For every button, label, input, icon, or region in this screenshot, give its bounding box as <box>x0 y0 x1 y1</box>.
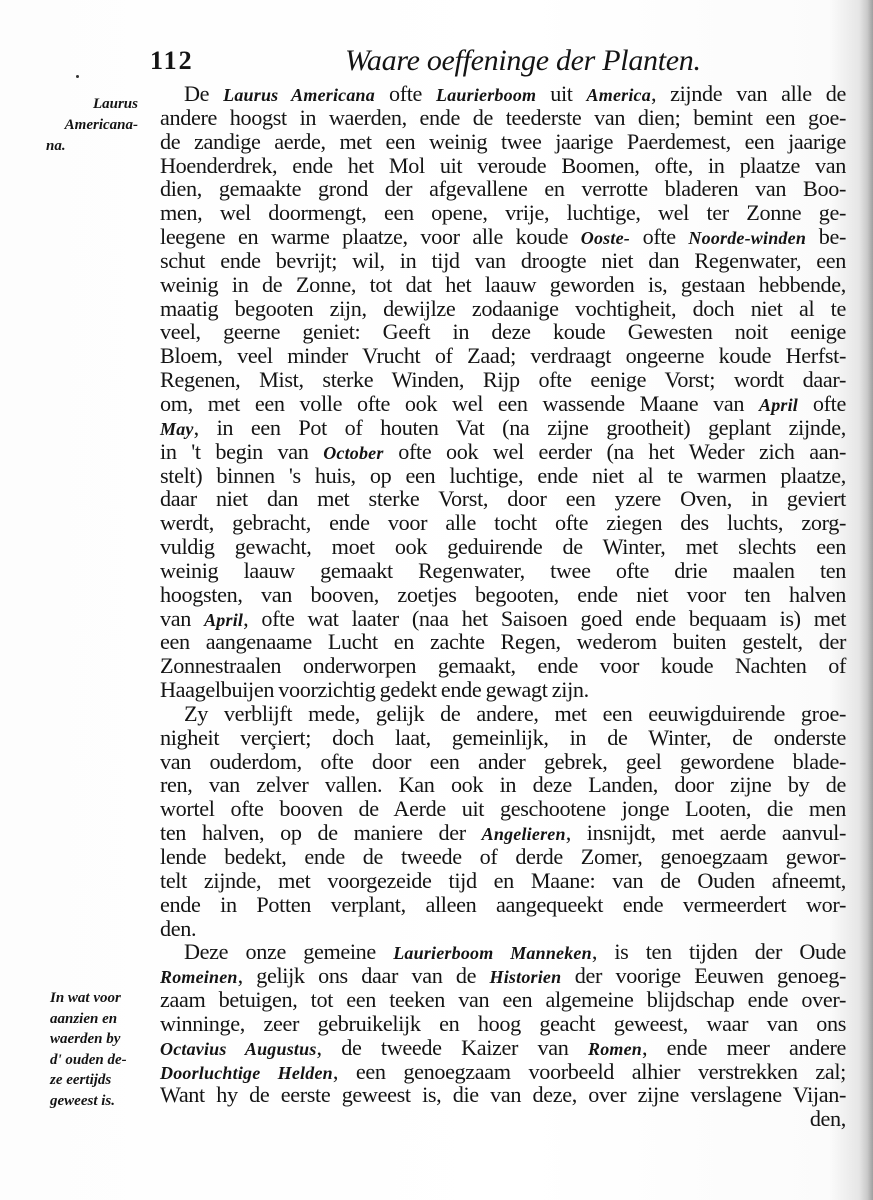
text-run: vuldig gewacht, moet ook geduirende de W… <box>160 534 846 559</box>
italic-term: America <box>587 85 651 105</box>
text-line: ten halven, op de maniere der Angelieren… <box>160 821 846 845</box>
text-run: Want hy de eerste geweest is, die van de… <box>160 1082 846 1107</box>
text-run: leegene en warme plaatze, voor alle koud… <box>160 224 581 249</box>
text-line: Romeinen, gelijk ons daar van de Histori… <box>160 964 846 988</box>
text-line: maatig begooten zijn, dewijlze zodaanige… <box>160 297 846 321</box>
text-line: Octavius Augustus, de tweede Kaizer van … <box>160 1036 846 1060</box>
text-run: zaam betuigen, tot een teeken van een al… <box>160 987 846 1012</box>
text-run: , ofte wat laater (naa het Saisoen goed … <box>243 606 846 631</box>
text-run: men, wel doormengt, een opene, vrije, lu… <box>160 200 846 225</box>
text-run: , zijnde van alle de <box>651 81 846 106</box>
text-line: andere hoogst in waerden, ende de teeder… <box>160 106 846 130</box>
text-run: Bloem, veel minder Vrucht of Zaad; verdr… <box>160 343 846 368</box>
margin-note-line: geweest is. <box>50 1091 150 1112</box>
text-run: nigheit verçiert; doch laat, gemeinlijk,… <box>160 725 846 750</box>
text-run: schut ende bevrijt; wil, in tijd van dro… <box>160 248 846 273</box>
text-line: de zandige aerde, met een weinig twee ja… <box>160 130 846 154</box>
text-line: stelt) binnen 's huis, op een luchtige, … <box>160 464 846 488</box>
italic-term: Laurierboom <box>436 85 536 105</box>
text-line: De Laurus Americana ofte Laurierboom uit… <box>160 82 846 106</box>
text-line: ende in Potten verplant, alleen aangeque… <box>160 893 846 917</box>
italic-term: May <box>160 419 194 439</box>
text-run: den. <box>160 916 196 941</box>
text-line: zaam betuigen, tot een teeken van een al… <box>160 988 846 1012</box>
text-run: , gelijk ons daar van de <box>238 963 490 988</box>
text-line: werdt, gebracht, ende voor alle tocht of… <box>160 511 846 535</box>
italic-term: Romeinen <box>160 967 238 987</box>
italic-term: Laurierboom Manneken <box>393 943 592 963</box>
text-line: Bloem, veel minder Vrucht of Zaad; verdr… <box>160 344 846 368</box>
text-run: be- <box>806 224 846 249</box>
text-run: veel, geerne geniet: Geeft in deze koude… <box>160 319 846 344</box>
page-edge-shadow <box>859 0 873 1200</box>
text-line: schut ende bevrijt; wil, in tijd van dro… <box>160 249 846 273</box>
text-line: Regenen, Mist, sterke Winden, Rijp ofte … <box>160 368 846 392</box>
text-run: om, met een volle ofte ook wel een wasse… <box>160 391 759 416</box>
text-line: weinig in de Zonne, tot dat het laauw ge… <box>160 273 846 297</box>
text-line: in 't begin van October ofte ook wel eer… <box>160 440 846 464</box>
text-line: Zonnestraalen onderworpen gemaakt, ende … <box>160 654 846 678</box>
text-run: der voorige Eeuwen genoeg- <box>561 963 846 988</box>
italic-term: April <box>204 610 243 630</box>
text-run: in 't begin van <box>160 439 323 464</box>
text-line: May, in een Pot of houten Vat (na zijne … <box>160 416 846 440</box>
text-line: den, <box>160 1107 846 1131</box>
text-run: , in een Pot of houten Vat (na zijne gro… <box>194 415 846 440</box>
text-line: wortel ofte booven de Aerde uit geschoot… <box>160 797 846 821</box>
text-line: telt zijnde, met voorgezeide tijd en Maa… <box>160 869 846 893</box>
text-run: lende bedekt, ende de tweede of derde Zo… <box>160 844 846 869</box>
text-run: van <box>160 606 204 631</box>
italic-term: Laurus Americana <box>223 85 375 105</box>
text-line: daar niet dan met sterke Vorst, door een… <box>160 487 846 511</box>
italic-term: October <box>323 443 383 463</box>
text-run: , een genoegzaam voorbeeld alhier verstr… <box>333 1059 846 1084</box>
margin-note-line: d' ouden de- <box>50 1050 150 1071</box>
text-run: maatig begooten zijn, dewijlze zodaanige… <box>160 296 846 321</box>
text-run: dien, gemaakte grond der afgevallene en … <box>160 176 846 201</box>
running-title: Waare oeffeninge der Planten. <box>345 44 701 78</box>
body-text: De Laurus Americana ofte Laurierboom uit… <box>160 82 846 1131</box>
text-line: men, wel doormengt, een opene, vrije, lu… <box>160 201 846 225</box>
italic-term: Ooste- <box>581 228 630 248</box>
text-line: Deze onze gemeine Laurierboom Manneken, … <box>160 940 846 964</box>
text-run: Deze onze gemeine <box>184 939 393 964</box>
text-run: , insnijdt, met aerde aanvul- <box>566 820 846 845</box>
text-run: andere hoogst in waerden, ende de teeder… <box>160 105 846 130</box>
page-number: 112 <box>150 46 194 76</box>
text-line: dien, gemaakte grond der afgevallene en … <box>160 177 846 201</box>
text-run: Regenen, Mist, sterke Winden, Rijp ofte … <box>160 367 846 392</box>
text-run: ofte <box>798 391 846 416</box>
text-run: De <box>184 81 223 106</box>
book-page: 112 Waare oeffeninge der Planten. Laurus… <box>0 0 873 1200</box>
text-line: veel, geerne geniet: Geeft in deze koude… <box>160 320 846 344</box>
margin-note-line: Laurus <box>46 94 138 115</box>
text-line: ren, van zelver vallen. Kan ook in deze … <box>160 773 846 797</box>
text-run: , ende meer andere <box>642 1035 846 1060</box>
italic-term: Doorluchtige Helden <box>160 1063 333 1083</box>
text-line: hoogsten, van booven, zoetjes begooten, … <box>160 583 846 607</box>
text-run: ofte <box>375 81 436 106</box>
text-line: den. <box>160 917 846 941</box>
text-run: den, <box>810 1106 846 1131</box>
italic-term: Noorde-winden <box>688 228 806 248</box>
text-line: winninge, zeer gebruikelijk en hoog geac… <box>160 1012 846 1036</box>
text-run: Zy verblijft mede, gelijk de andere, met… <box>184 701 846 726</box>
margin-note-laurus-americana: Laurus Americana- na. <box>46 94 138 157</box>
margin-note-line: waerden by <box>50 1029 150 1050</box>
text-line: een aangenaame Lucht en zachte Regen, we… <box>160 630 846 654</box>
text-run: , de tweede Kaizer van <box>317 1035 588 1060</box>
text-run: ren, van zelver vallen. Kan ook in deze … <box>160 772 846 797</box>
text-run: stelt) binnen 's huis, op een luchtige, … <box>160 463 846 488</box>
text-run: weinig laauw gemaakt Regenwater, twee of… <box>160 558 846 583</box>
text-line: Zy verblijft mede, gelijk de andere, met… <box>160 702 846 726</box>
italic-term: Angelieren <box>482 824 566 844</box>
text-line: om, met een volle ofte ook wel een wasse… <box>160 392 846 416</box>
text-line: Hoenderdrek, ende het Mol uit veroude Bo… <box>160 154 846 178</box>
text-line: weinig laauw gemaakt Regenwater, twee of… <box>160 559 846 583</box>
italic-term: Romen <box>588 1039 642 1059</box>
margin-note-line: Americana- <box>46 115 138 136</box>
margin-note-line: aanzien en <box>50 1009 150 1030</box>
page-header: 112 Waare oeffeninge der Planten. <box>150 44 850 84</box>
text-line: Haagelbuijen voorzichtig gedekt ende gew… <box>160 678 846 702</box>
text-run: een aangenaame Lucht en zachte Regen, we… <box>160 629 846 654</box>
text-line: nigheit verçiert; doch laat, gemeinlijk,… <box>160 726 846 750</box>
margin-note-line: na. <box>46 136 138 157</box>
text-line: Doorluchtige Helden, een genoegzaam voor… <box>160 1060 846 1084</box>
text-run: winninge, zeer gebruikelijk en hoog geac… <box>160 1011 846 1036</box>
italic-term: Octavius Augustus <box>160 1039 317 1059</box>
text-run: van ouderdom, ofte door een ander gebrek… <box>160 749 846 774</box>
text-run: de zandige aerde, met een weinig twee ja… <box>160 129 846 154</box>
text-line: lende bedekt, ende de tweede of derde Zo… <box>160 845 846 869</box>
text-line: Want hy de eerste geweest is, die van de… <box>160 1083 846 1107</box>
margin-note-in-wat-voor-aanzien: In wat voor aanzien en waerden by d' oud… <box>50 988 150 1111</box>
text-run: wortel ofte booven de Aerde uit geschoot… <box>160 796 846 821</box>
text-run: telt zijnde, met voorgezeide tijd en Maa… <box>160 868 846 893</box>
ink-speck <box>76 75 79 78</box>
italic-term: April <box>759 395 798 415</box>
italic-term: Historien <box>490 967 562 987</box>
margin-note-line: In wat voor <box>50 988 150 1009</box>
text-run: Hoenderdrek, ende het Mol uit veroude Bo… <box>160 153 846 178</box>
text-run: ofte <box>630 224 688 249</box>
text-run: daar niet dan met sterke Vorst, door een… <box>160 486 846 511</box>
text-run: Zonnestraalen onderworpen gemaakt, ende … <box>160 653 846 678</box>
text-run: uit <box>536 81 586 106</box>
text-run: , is ten tijden der Oude <box>592 939 846 964</box>
text-line: van ouderdom, ofte door een ander gebrek… <box>160 750 846 774</box>
margin-note-line: ze eertijds <box>50 1070 150 1091</box>
text-run: Haagelbuijen voorzichtig gedekt ende gew… <box>160 677 589 702</box>
text-run: weinig in de Zonne, tot dat het laauw ge… <box>160 272 846 297</box>
text-run: hoogsten, van booven, zoetjes begooten, … <box>160 582 846 607</box>
text-run: ten halven, op de maniere der <box>160 820 482 845</box>
text-line: leegene en warme plaatze, voor alle koud… <box>160 225 846 249</box>
text-run: werdt, gebracht, ende voor alle tocht of… <box>160 510 846 535</box>
text-line: van April, ofte wat laater (naa het Sais… <box>160 607 846 631</box>
text-run: ofte ook wel eerder (na het Weder zich a… <box>384 439 846 464</box>
text-line: vuldig gewacht, moet ook geduirende de W… <box>160 535 846 559</box>
text-run: ende in Potten verplant, alleen aangeque… <box>160 892 846 917</box>
